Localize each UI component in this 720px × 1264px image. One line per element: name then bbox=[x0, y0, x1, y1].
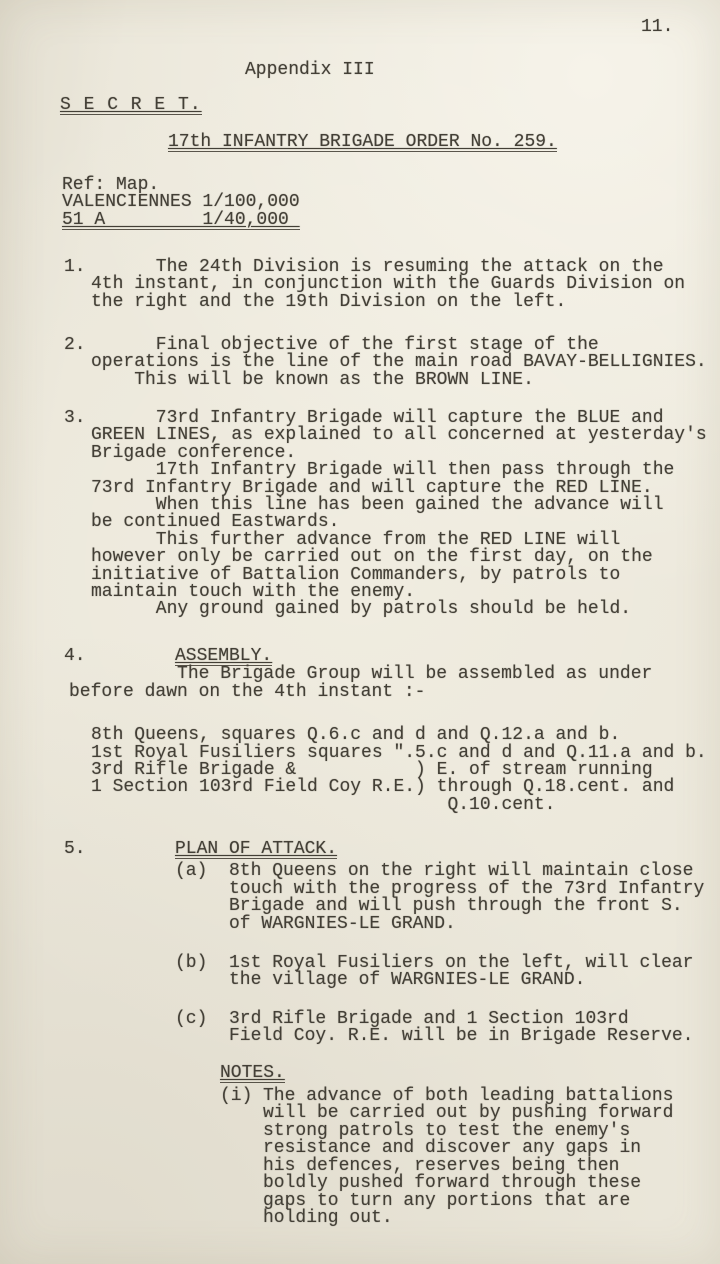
plan-item-b: (b) 1st Royal Fusiliers on the left, wil… bbox=[175, 955, 717, 990]
plan-item-a-label: (a) bbox=[175, 863, 207, 880]
plan-item-b-text: 1st Royal Fusiliers on the left, will cl… bbox=[229, 955, 717, 990]
section-1-body: The 24th Division is resuming the attack… bbox=[91, 259, 717, 311]
order-title-text: 17th INFANTRY BRIGADE ORDER No. 259. bbox=[168, 134, 557, 152]
appendix-title: Appendix III bbox=[245, 62, 375, 79]
plan-item-c-text: 3rd Rifle Brigade and 1 Section 103rd Fi… bbox=[229, 1011, 717, 1046]
notes-heading: NOTES. bbox=[220, 1065, 717, 1083]
section-1-number: 1. bbox=[64, 259, 86, 276]
section-2: 2. Final objective of the first stage of… bbox=[91, 337, 717, 389]
plan-items: (a) 8th Queens on the right will maintai… bbox=[91, 863, 717, 1045]
section-5-number: 5. bbox=[64, 841, 86, 858]
section-3-body: 73rd Infantry Brigade will capture the B… bbox=[91, 410, 717, 619]
plan-item-a: (a) 8th Queens on the right will maintai… bbox=[175, 863, 717, 933]
classification-text: S E C R E T. bbox=[60, 97, 202, 115]
section-3: 3. 73rd Infantry Brigade will capture th… bbox=[91, 410, 717, 619]
section-1: 1. The 24th Division is resuming the att… bbox=[91, 259, 717, 311]
page-number: 11. bbox=[641, 19, 673, 36]
section-4-assembly: 4. ASSEMBLY. The Brigade Group will be a… bbox=[91, 648, 717, 814]
classification-label: S E C R E T. bbox=[60, 97, 202, 115]
plan-item-c: (c) 3rd Rifle Brigade and 1 Section 103r… bbox=[175, 1011, 717, 1046]
section-4-number: 4. bbox=[64, 648, 86, 665]
order-title: 17th INFANTRY BRIGADE ORDER No. 259. bbox=[168, 134, 557, 152]
plan-item-c-label: (c) bbox=[175, 1011, 207, 1028]
note-item-i-label: (i) bbox=[220, 1088, 252, 1105]
plan-item-a-text: 8th Queens on the right will maintain cl… bbox=[229, 863, 717, 933]
ref-map-40000: 51 A 1/40,000 bbox=[62, 212, 300, 230]
note-item-i-text: The advance of both leading battalions w… bbox=[263, 1088, 717, 1227]
map-reference: Ref: Map. VALENCIENNES 1/100,000 51 A 1/… bbox=[62, 177, 300, 230]
plan-item-b-label: (b) bbox=[175, 955, 207, 972]
assembly-intro: The Brigade Group will be assembled as u… bbox=[69, 666, 717, 701]
section-3-number: 3. bbox=[64, 410, 86, 427]
document-page: 11. Appendix III S E C R E T. 17th INFAN… bbox=[0, 0, 720, 1264]
section-5-plan-of-attack: 5. PLAN OF ATTACK. (a) 8th Queens on the… bbox=[91, 841, 717, 1227]
section-2-number: 2. bbox=[64, 337, 86, 354]
note-item-i: (i) The advance of both leading battalio… bbox=[220, 1088, 717, 1227]
section-2-body: Final objective of the first stage of th… bbox=[91, 337, 717, 389]
plan-heading: PLAN OF ATTACK. bbox=[175, 841, 717, 859]
assembly-dispositions: 8th Queens, squares Q.6.c and d and Q.12… bbox=[91, 727, 717, 814]
notes-block: NOTES. (i) The advance of both leading b… bbox=[220, 1065, 717, 1228]
